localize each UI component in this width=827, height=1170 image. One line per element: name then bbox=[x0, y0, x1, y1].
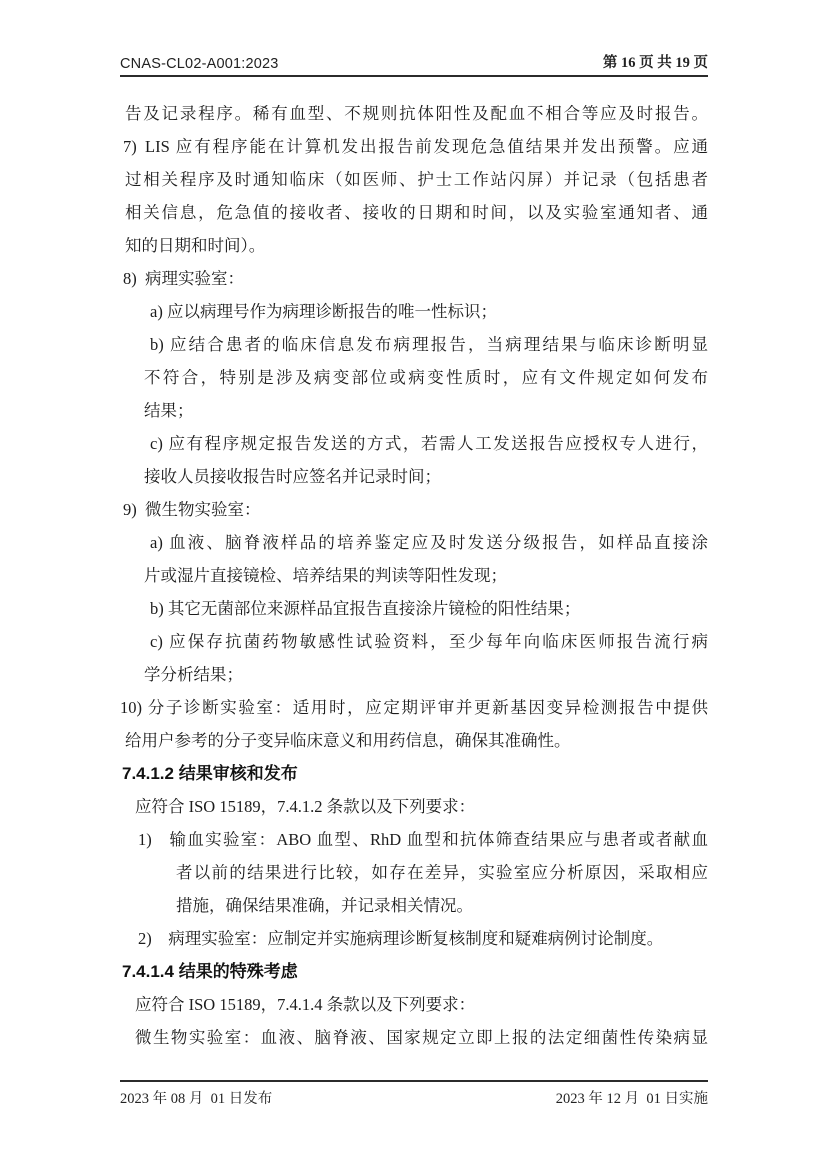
body-line: c) 应有程序规定报告发送的方式，若需人工发送报告应授权专人进行， bbox=[150, 427, 708, 460]
body-line: c) 应保存抗菌药物敏感性试验资料，至少每年向临床医师报告流行病 bbox=[150, 625, 708, 658]
document-body: 告及记录程序。稀有血型、不规则抗体阳性及配血不相合等应及时报告。 7) LIS … bbox=[120, 97, 708, 1054]
body-line: b) 应结合患者的临床信息发布病理报告，当病理结果与临床诊断明显 bbox=[150, 328, 708, 361]
body-line: 2) 病理实验室：应制定并实施病理诊断复核制度和疑难病例讨论制度。 bbox=[138, 922, 708, 955]
body-line: 者以前的结果进行比较，如存在差异，实验室应分析原因，采取相应 bbox=[176, 856, 708, 889]
body-line: 应符合 ISO 15189，7.4.1.2 条款以及下列要求： bbox=[135, 790, 708, 823]
section-heading: 7.4.1.2 结果审核和发布 bbox=[122, 757, 708, 790]
document-code: CNAS-CL02-A001:2023 bbox=[120, 56, 279, 72]
body-line: 相关信息，危急值的接收者、接收的日期和时间，以及实验室通知者、通 bbox=[125, 196, 708, 229]
body-line: 10) 分子诊断实验室：适用时，应定期评审并更新基因变异检测报告中提供 bbox=[120, 691, 708, 724]
body-line: 接收人员接收报告时应签名并记录时间； bbox=[144, 460, 708, 493]
page-number: 第 16 页 共 19 页 bbox=[603, 51, 708, 72]
body-line: 应符合 ISO 15189，7.4.1.4 条款以及下列要求： bbox=[135, 988, 708, 1021]
body-line: 给用户参考的分子变异临床意义和用药信息，确保其准确性。 bbox=[125, 724, 708, 757]
body-line: 微生物实验室：血液、脑脊液、国家规定立即上报的法定细菌性传染病显 bbox=[135, 1021, 708, 1054]
implementation-date: 2023 年 12 月 01 日实施 bbox=[556, 1087, 708, 1108]
body-line: 学分析结果； bbox=[144, 658, 708, 691]
header-rule bbox=[120, 75, 708, 77]
body-line: b) 其它无菌部位来源样品宜报告直接涂片镜检的阳性结果； bbox=[150, 592, 708, 625]
footer-rule bbox=[120, 1080, 708, 1082]
section-heading: 7.4.1.4 结果的特殊考虑 bbox=[122, 955, 708, 988]
body-line: 8) 病理实验室： bbox=[123, 262, 708, 295]
body-line: 1) 输血实验室：ABO 血型、RhD 血型和抗体筛查结果应与患者或者献血 bbox=[138, 823, 708, 856]
page-header: CNAS-CL02-A001:2023 第 16 页 共 19 页 bbox=[120, 52, 708, 72]
body-line: a) 应以病理号作为病理诊断报告的唯一性标识； bbox=[150, 295, 708, 328]
page-footer: 2023 年 08 月 01 日发布 2023 年 12 月 01 日实施 bbox=[120, 1087, 708, 1107]
body-line: 措施，确保结果准确，并记录相关情况。 bbox=[176, 889, 708, 922]
body-line: a) 血液、脑脊液样品的培养鉴定应及时发送分级报告，如样品直接涂 bbox=[150, 526, 708, 559]
body-line: 知的日期和时间）。 bbox=[125, 229, 708, 262]
issue-date: 2023 年 08 月 01 日发布 bbox=[120, 1087, 272, 1108]
body-line: 不符合，特别是涉及病变部位或病变性质时，应有文件规定如何发布 bbox=[144, 361, 708, 394]
body-line: 告及记录程序。稀有血型、不规则抗体阳性及配血不相合等应及时报告。 bbox=[125, 97, 708, 130]
body-line: 结果； bbox=[144, 394, 708, 427]
body-line: 7) LIS 应有程序能在计算机发出报告前发现危急值结果并发出预警。应通 bbox=[123, 130, 708, 163]
body-line: 过相关程序及时通知临床（如医师、护士工作站闪屏）并记录（包括患者 bbox=[125, 163, 708, 196]
body-line: 9) 微生物实验室： bbox=[123, 493, 708, 526]
document-page: CNAS-CL02-A001:2023 第 16 页 共 19 页 告及记录程序… bbox=[0, 0, 827, 1170]
body-line: 片或湿片直接镜检、培养结果的判读等阳性发现； bbox=[144, 559, 708, 592]
